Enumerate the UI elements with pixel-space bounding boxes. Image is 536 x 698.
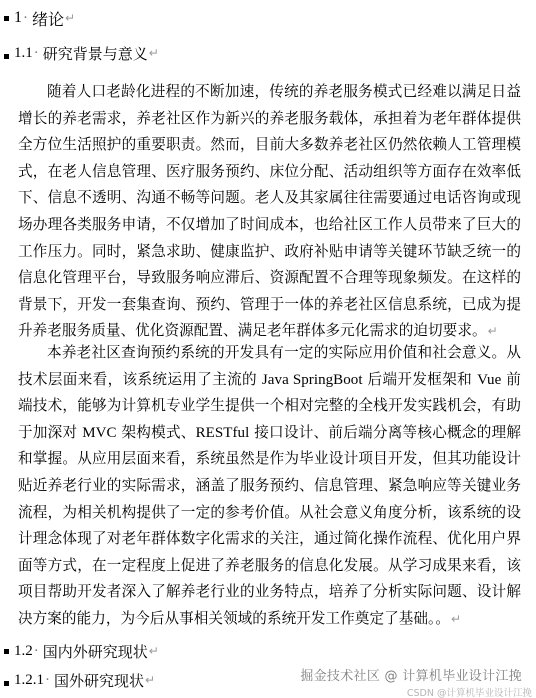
watermark-sub: CSDN @计算机毕业设计江挽 [300,685,532,698]
space-mark: · [23,10,28,27]
paragraph-text: 后端开发框架和 [368,371,473,388]
paragraph-text: 架构模式、 [121,424,195,441]
heading-bullet-marker [4,54,9,59]
tech-term: MVC [82,425,116,441]
heading-number: 1.2 [14,643,33,660]
tech-term: Java SpringBoot [262,372,363,388]
heading-bullet-marker [4,16,9,21]
body-paragraph-background: 随着人口老龄化进程的不断加速，传统的养老服务模式已经难以满足日益增长的养老需求，… [18,79,521,345]
paragraph-mark-icon: ↵ [149,644,159,658]
paragraph-mark-icon: ↵ [451,612,461,626]
watermark: 掘金技术社区 @ 计算机毕业设计江挽 CSDN @计算机毕业设计江挽 [300,665,522,698]
paragraph-mark-icon: ↵ [145,673,155,687]
watermark-main: 掘金技术社区 @ 计算机毕业设计江挽 [300,665,522,684]
body-paragraph-significance: 本养老社区查询预约系统的开发具有一定的实际应用价值和社会意义。从技术层面来看，该… [18,340,521,633]
heading-text: 研究背景与意义 [43,43,148,64]
heading-number: 1.2.1 [14,672,44,689]
heading-text: 国内外研究现状 [43,641,148,662]
tech-term: RESTful [196,425,250,441]
heading-text: 绪论 [32,7,64,30]
heading-1-2-1: 1.2.1 · 国外研究现状 ↵ [0,668,155,692]
paragraph-text: 随着人口老龄化进程的不断加速，传统的养老服务模式已经难以满足日益增长的养老需求，… [18,83,521,339]
space-mark: · [34,643,39,660]
paragraph-mark-icon: ↵ [488,324,498,338]
heading-text: 国外研究现状 [54,670,144,691]
space-mark: · [34,45,39,62]
heading-bullet-marker [4,649,9,654]
heading-1-1: 1.1 · 研究背景与意义 ↵ [0,41,159,65]
heading-number: 1 [14,9,22,27]
paragraph-mark-icon: ↵ [65,11,75,25]
heading-1: 1 · 绪论 ↵ [0,6,75,30]
paragraph-mark-icon: ↵ [149,46,159,60]
heading-bullet-marker [4,681,9,686]
space-mark: · [45,672,50,689]
tech-term: Vue [477,372,501,388]
heading-number: 1.1 [14,45,33,62]
heading-1-2: 1.2 · 国内外研究现状 ↵ [0,639,159,663]
paragraph-text: 接口设计、前后端分离等核心概念的理解和掌握。从应用层面来看，系统虽然是作为毕业设… [18,424,521,627]
